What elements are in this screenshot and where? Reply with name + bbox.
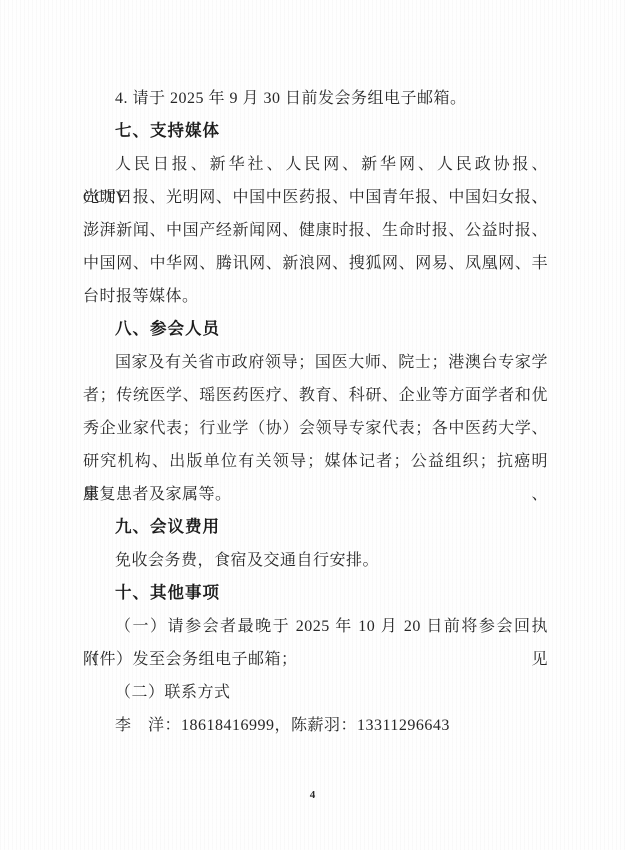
media-paragraph-line: 光明日报、光明网、中国中医药报、中国青年报、中国妇女报、 — [83, 181, 548, 214]
attendees-paragraph-line: 研究机构、出版单位有关领导；媒体记者；公益组织；抗癌明星、 — [83, 445, 548, 478]
attendees-paragraph-line: 国家及有关省市政府领导；国医大师、院士；港澳台专家学 — [83, 346, 548, 379]
media-paragraph-line: 人民日报、新华社、人民网、新华网、人民政协报、CCTV、 — [83, 148, 548, 181]
other-item2-line: （二）联系方式 — [83, 676, 548, 709]
fees-body-line: 免收会务费，食宿及交通自行安排。 — [83, 544, 548, 577]
notice-item-4: 4. 请于 2025 年 9 月 30 日前发会务组电子邮箱。 — [83, 82, 548, 115]
attendees-paragraph-line: 者；传统医学、瑶医药医疗、教育、科研、企业等方面学者和优 — [83, 379, 548, 412]
page-number: 4 — [0, 789, 625, 801]
media-paragraph-line: 澎湃新闻、中国产经新闻网、健康时报、生命时报、公益时报、 — [83, 214, 548, 247]
other-item1-line: （一）请参会者最晚于 2025 年 10 月 20 日前将参会回执（见 — [83, 610, 548, 643]
attendees-paragraph-line: 秀企业家代表；行业学（协）会领导专家代表；各中医药大学、 — [83, 412, 548, 445]
section-heading-media: 七、支持媒体 — [83, 115, 548, 148]
section-heading-fees: 九、会议费用 — [83, 511, 548, 544]
document-body: 4. 请于 2025 年 9 月 30 日前发会务组电子邮箱。 七、支持媒体 人… — [83, 82, 548, 742]
contact-line: 李 洋：18618416999，陈薪羽：13311296643 — [83, 709, 548, 742]
media-paragraph-line: 台时报等媒体。 — [83, 280, 548, 313]
media-paragraph-line: 中国网、中华网、腾讯网、新浪网、搜狐网、网易、凤凰网、丰 — [83, 247, 548, 280]
section-heading-attendees: 八、参会人员 — [83, 313, 548, 346]
document-page: 4. 请于 2025 年 9 月 30 日前发会务组电子邮箱。 七、支持媒体 人… — [0, 0, 625, 850]
section-heading-other: 十、其他事项 — [83, 577, 548, 610]
